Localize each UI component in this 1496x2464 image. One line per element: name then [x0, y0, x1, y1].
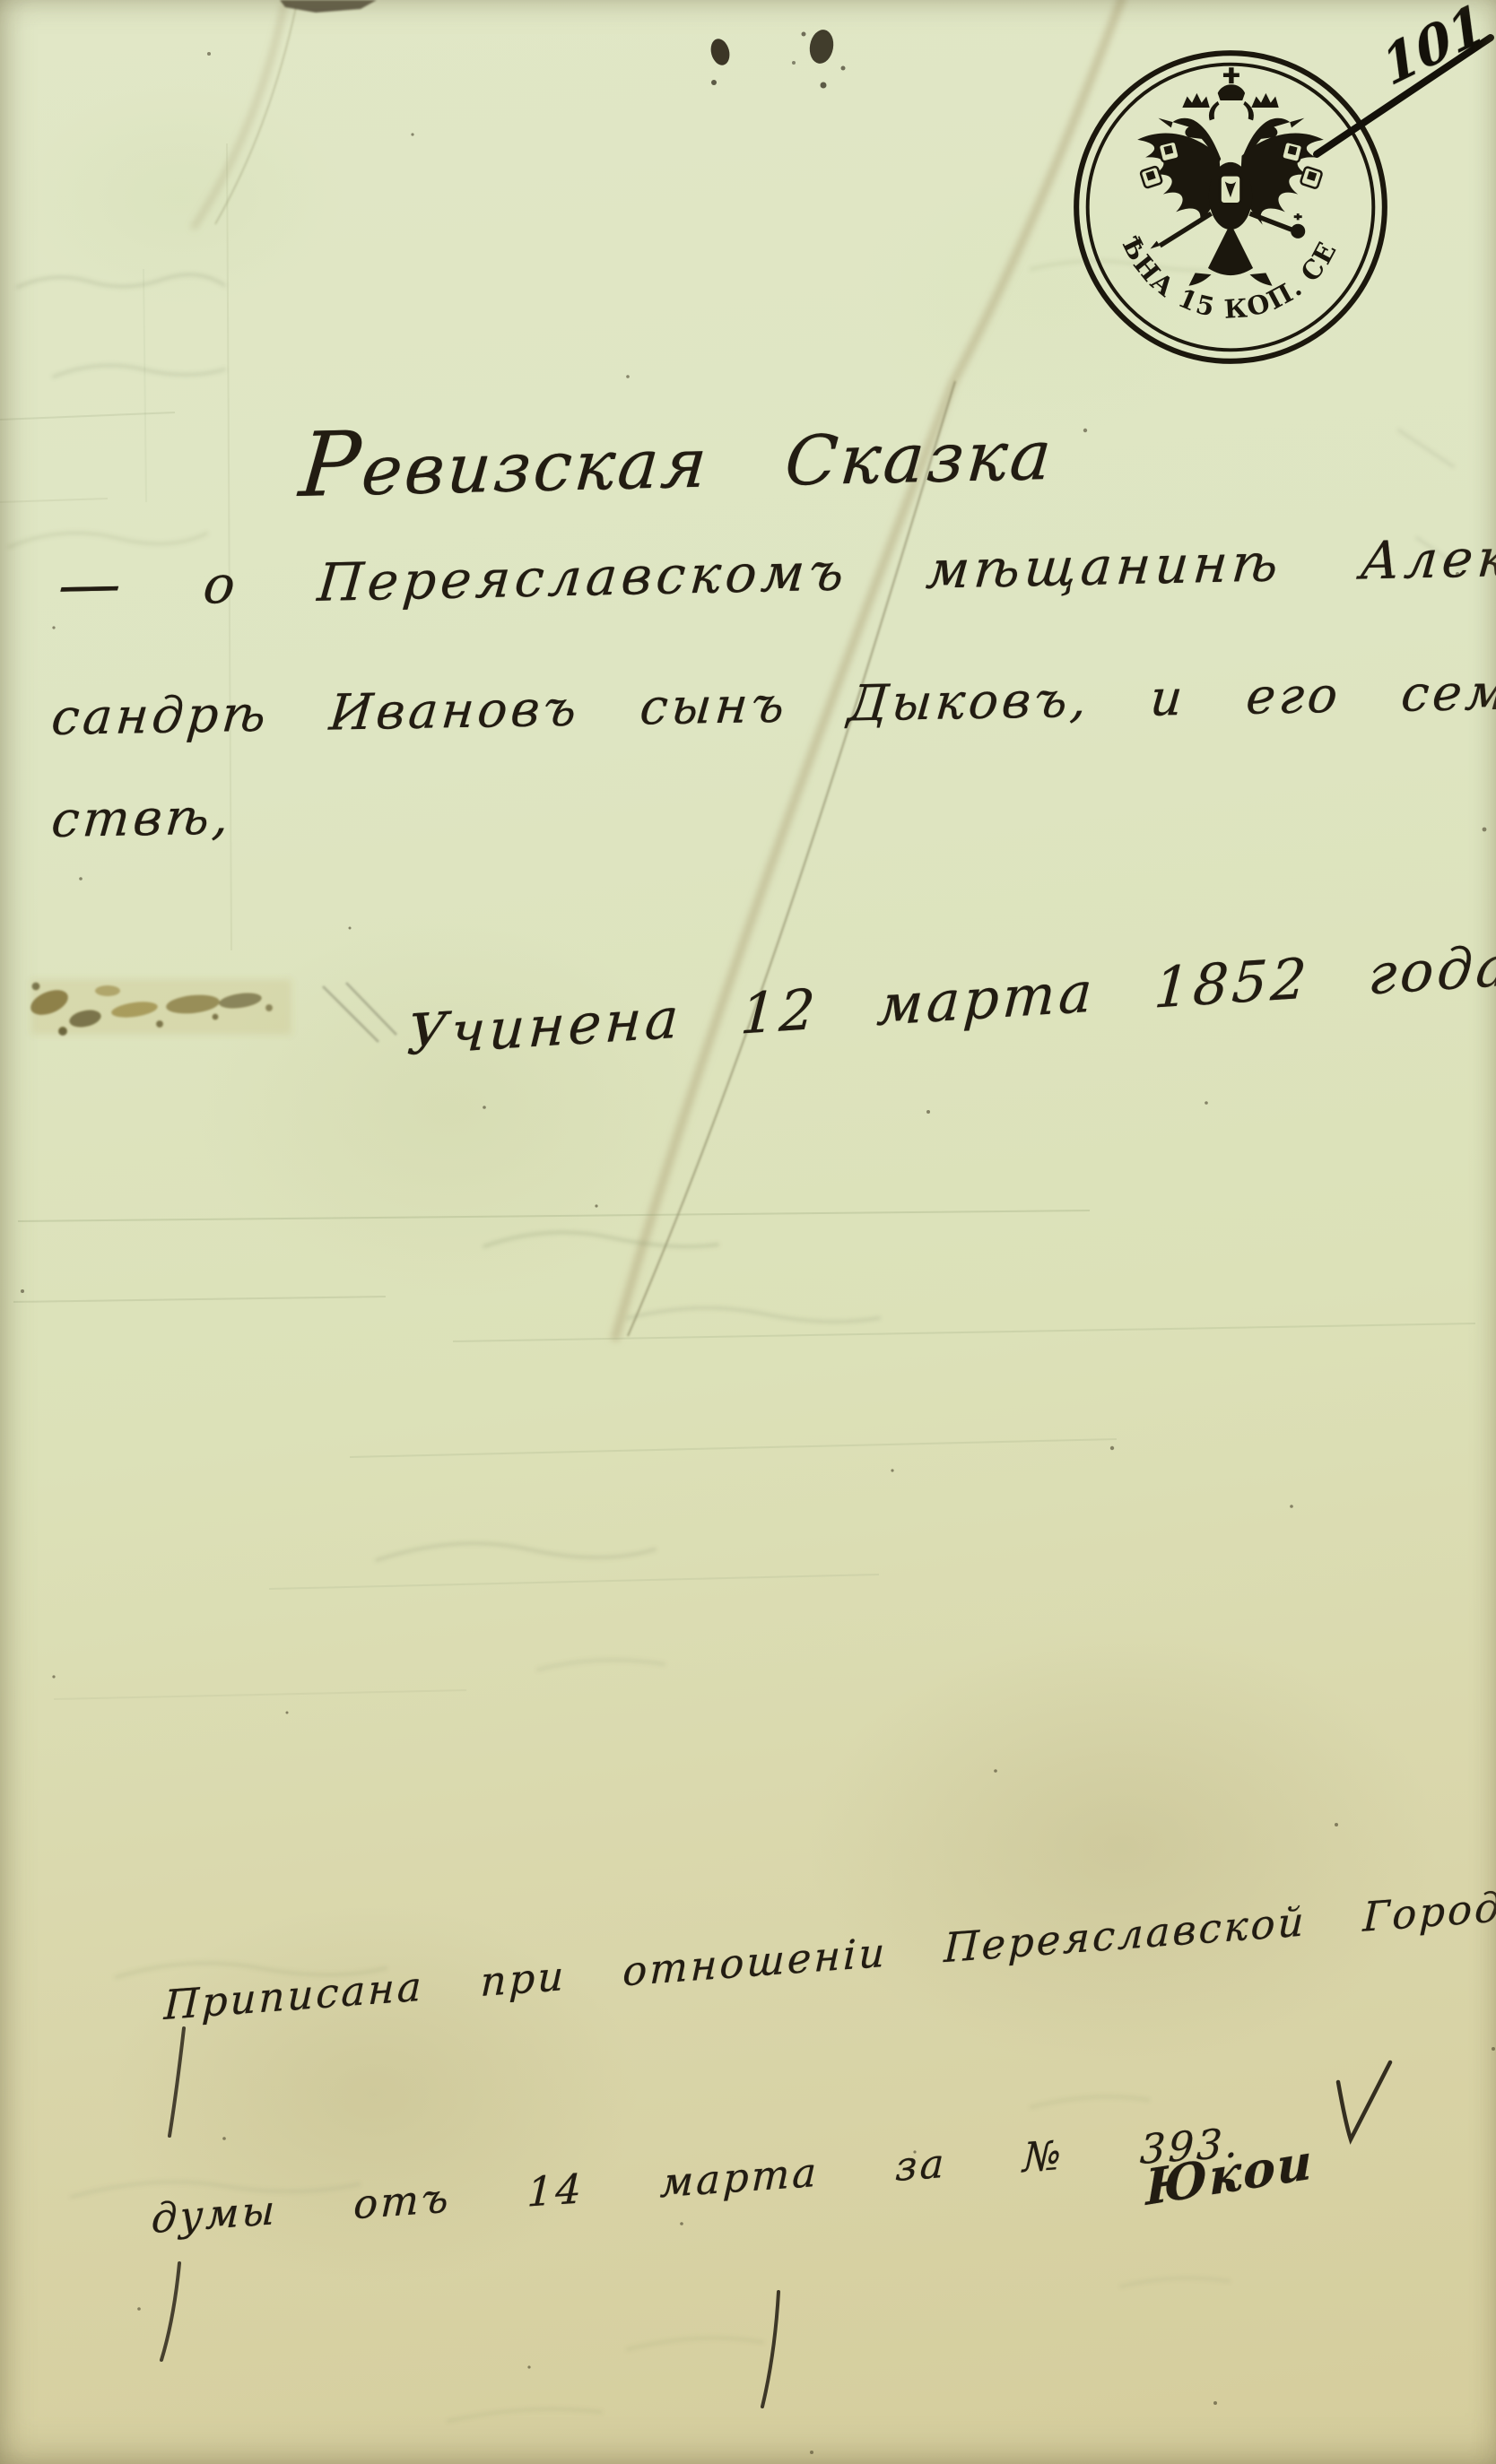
- ink-smudge: [27, 979, 396, 1042]
- subject-line-3: ствѣ,: [49, 787, 235, 848]
- top-edge-tear: [280, 0, 377, 13]
- bleed-through-lines: [0, 143, 1475, 1699]
- revenue-stamp: ЦѢНА 15 КОП. СЕР.: [1070, 45, 1391, 369]
- document-title: Ревизская Сказка: [296, 397, 1058, 517]
- document-paper: ЦѢНА 15 КОП. СЕР. 101 Ревизская Сказка —…: [0, 0, 1496, 2464]
- double-headed-eagle-icon: [1137, 67, 1324, 285]
- ink-blots: [708, 28, 845, 88]
- fold-crease: [193, 0, 1123, 1340]
- background-artifacts: [0, 0, 1496, 2464]
